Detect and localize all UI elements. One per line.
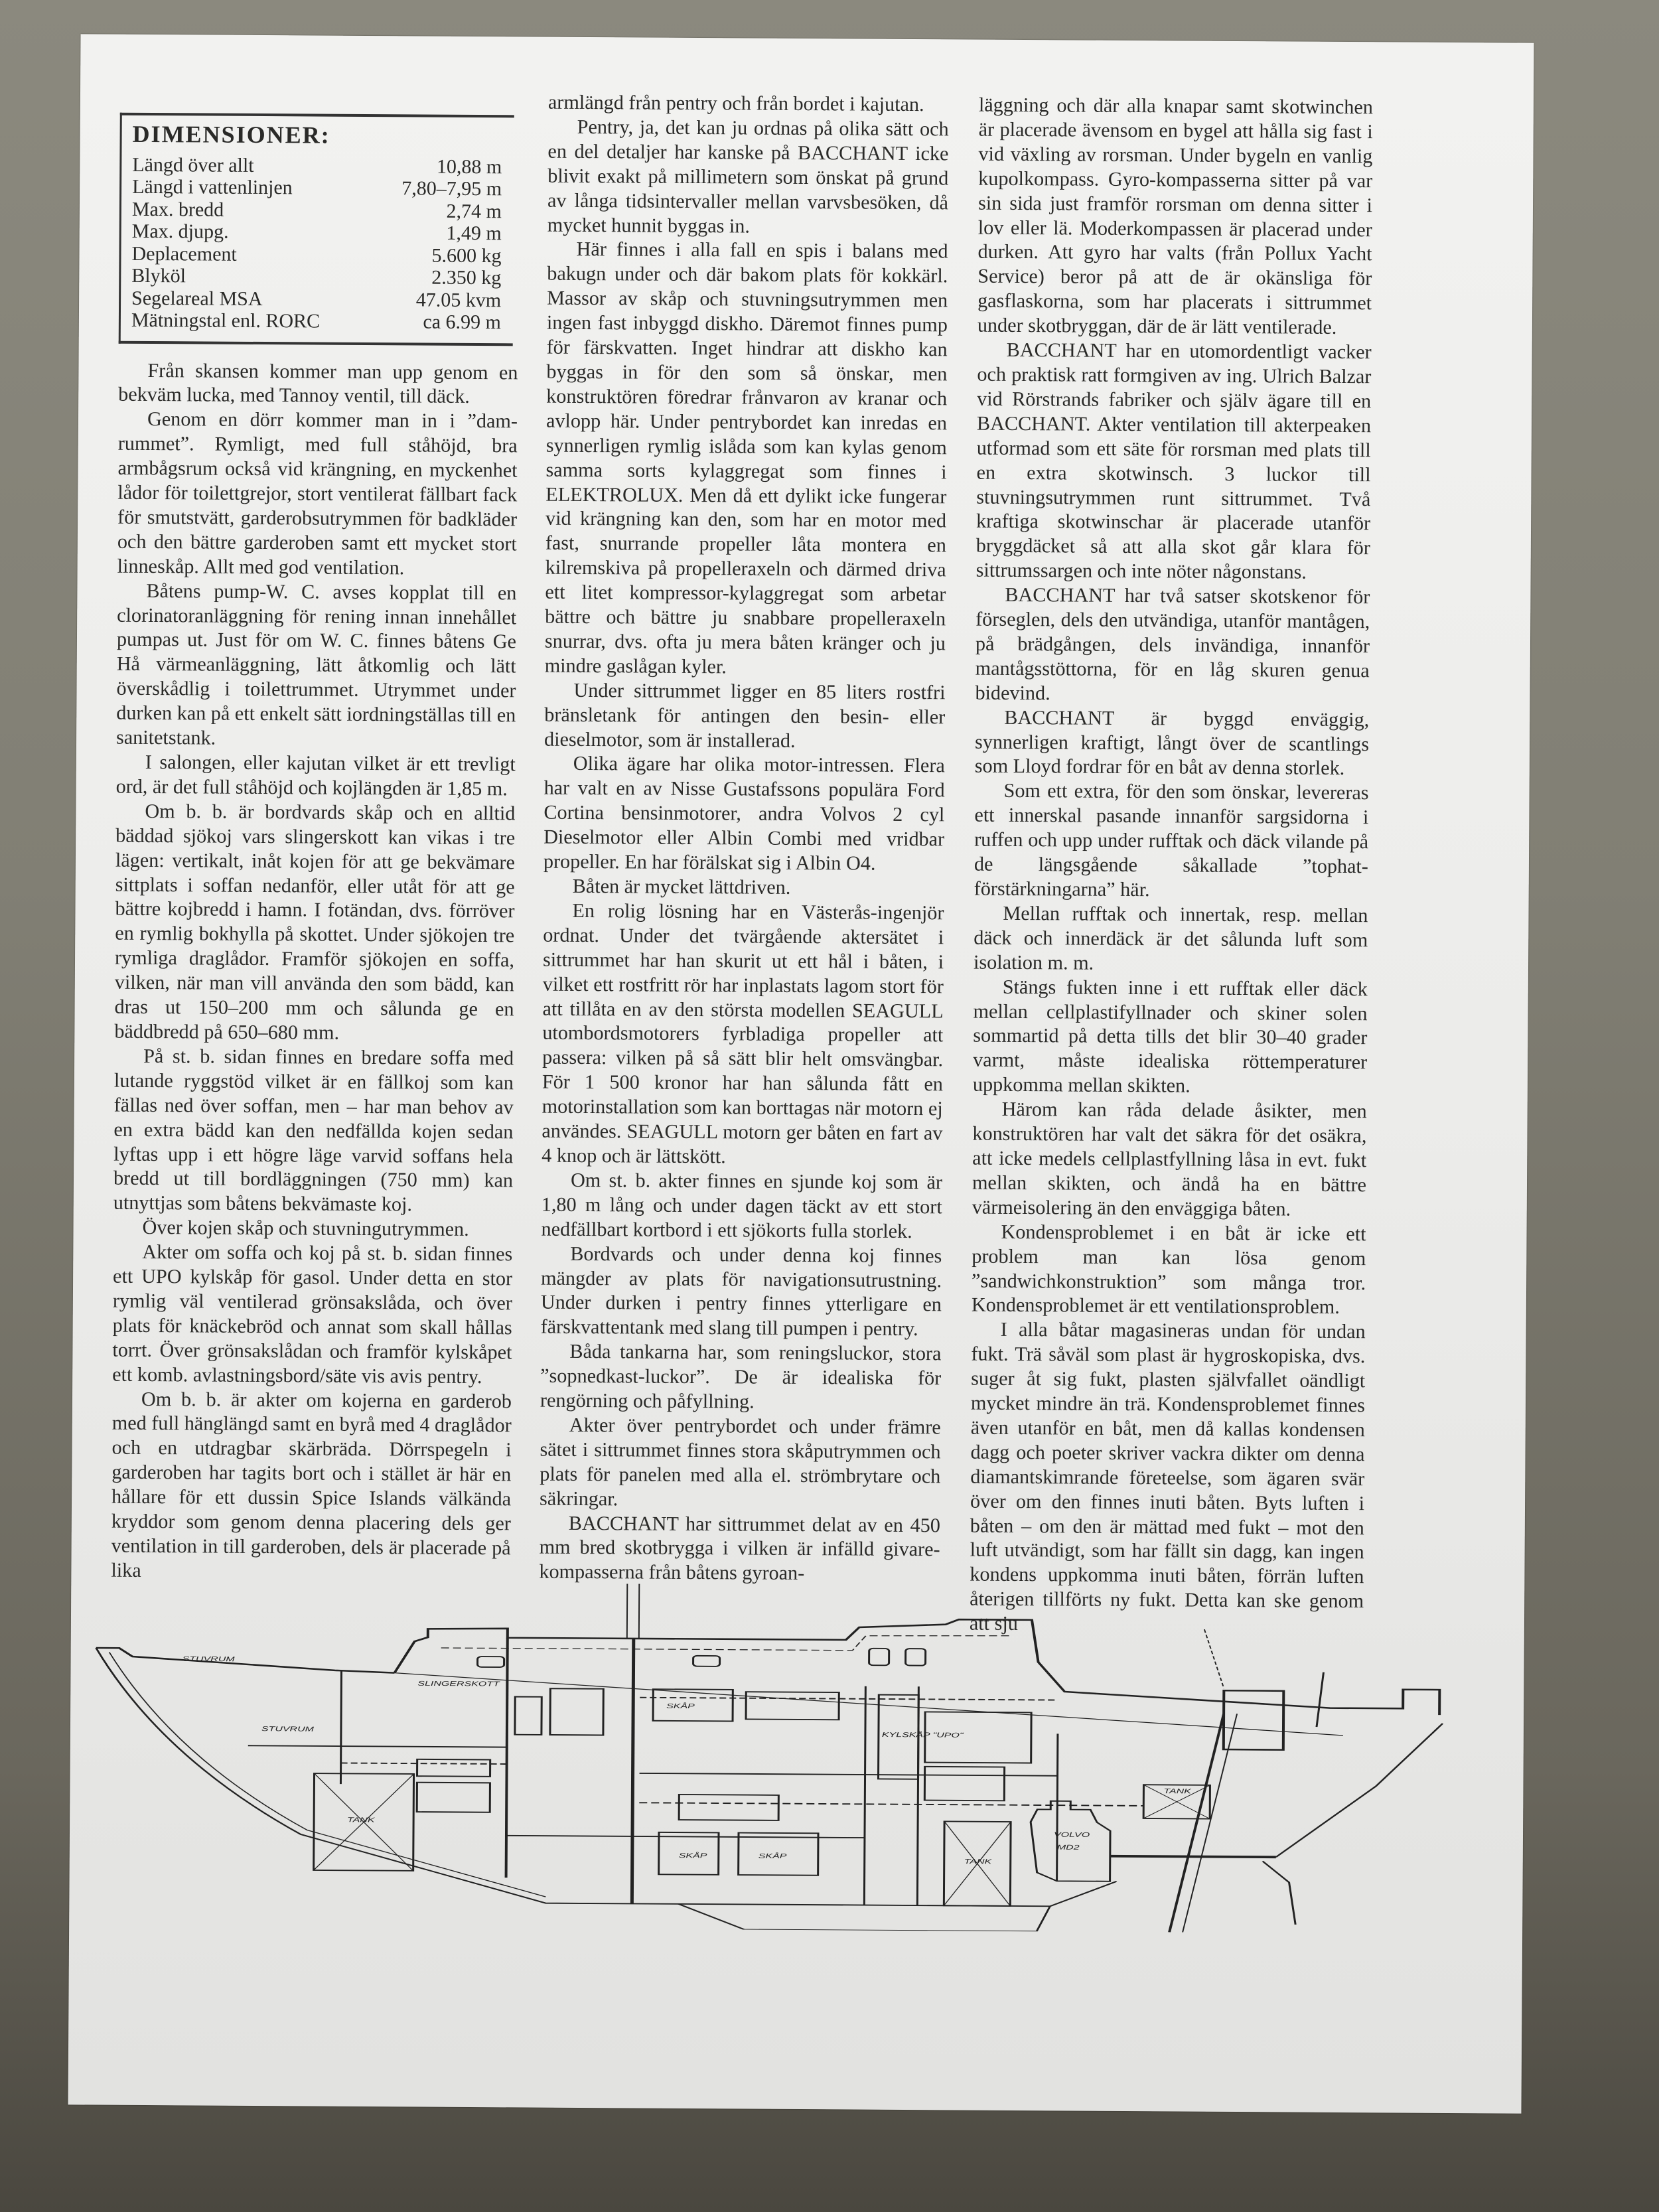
- paragraph: Stängs fukten inne i ett rufftak eller d…: [973, 974, 1368, 1099]
- text-column-middle: armlängd från pentry och från bordet i k…: [539, 90, 949, 1587]
- dimension-label: Max. bredd: [132, 198, 224, 220]
- paragraph: Akter om soffa och koj på st. b. sidan f…: [112, 1240, 512, 1389]
- text-column-left: DIMENSIONER: Längd över allt10,88 m Läng…: [111, 113, 520, 1585]
- dimension-label: Längd i vattenlinjen: [132, 176, 293, 199]
- dimension-row: Längd över allt10,88 m: [132, 153, 502, 178]
- paragraph: Båda tankarna har, som reningsluckor, st…: [540, 1339, 942, 1415]
- drawing-label: VOLVO: [1054, 1831, 1090, 1839]
- paragraph: Från skansen kommer man upp genom en bek…: [118, 358, 518, 409]
- paragraph: Mellan rufftak och innertak, resp. mella…: [974, 901, 1368, 976]
- dimension-value: ca 6.99 m: [423, 311, 501, 333]
- boat-section-drawing: STUVRUM STUVRUM TANK SKÅP SKÅP SKÅP SLIN…: [81, 1580, 1516, 1934]
- paragraph: läggning och där alla knapar samt skotwi…: [977, 93, 1373, 340]
- paragraph: En rolig lösning har en Västerås-ingenjö…: [541, 899, 944, 1171]
- dimension-row: Max. bredd2,74 m: [132, 198, 502, 222]
- paragraph: BACCHANT har två satser skotskenor för f…: [975, 583, 1370, 707]
- dimension-row: Max. djupg.1,49 m: [132, 220, 502, 245]
- drawing-label: MD2: [1057, 1844, 1080, 1852]
- drawing-label: TANK: [964, 1858, 993, 1866]
- dimension-label: Längd över allt: [132, 153, 253, 177]
- paragraph: Härom kan råda delade åsikter, men konst…: [972, 1097, 1367, 1222]
- dimension-value: 2.350 kg: [431, 267, 501, 289]
- paragraph: BACCHANT är byggd enväggig, synnerligen …: [975, 705, 1370, 780]
- paragraph: Här finnes i alla fall en spis i balans …: [545, 237, 948, 680]
- dimensions-box: DIMENSIONER: Längd över allt10,88 m Läng…: [119, 113, 514, 346]
- dimension-label: Mätningstal enl. RORC: [131, 309, 320, 332]
- dimension-row: Längd i vattenlinjen7,80–7,95 m: [132, 176, 502, 200]
- dimension-label: Max. djupg.: [132, 220, 229, 243]
- dimension-row: Segelareal MSA47.05 kvm: [131, 287, 501, 311]
- dimension-row: Mätningstal enl. RORCca 6.99 m: [131, 309, 501, 334]
- paragraph: Som ett extra, för den som önskar, lever…: [974, 778, 1369, 903]
- boat-hull-icon: STUVRUM STUVRUM TANK SKÅP SKÅP SKÅP SLIN…: [81, 1580, 1516, 1934]
- dimension-value: 47.05 kvm: [416, 289, 502, 311]
- dimension-value: 2,74 m: [446, 200, 502, 222]
- dimension-label: Segelareal MSA: [131, 287, 263, 310]
- drawing-label: TANK: [347, 1816, 376, 1824]
- dimension-value: 10,88 m: [437, 155, 502, 178]
- dimension-value: 5.600 kg: [431, 244, 501, 267]
- drawing-label: SKÅP: [758, 1852, 787, 1860]
- drawing-label: SKÅP: [666, 1702, 695, 1710]
- paragraph: Olika ägare har olika motor-intressen. F…: [543, 751, 945, 876]
- paragraph: armlängd från pentry och från bordet i k…: [548, 90, 949, 117]
- paragraph: Om st. b. akter finnes en sjunde koj som…: [541, 1167, 942, 1243]
- paragraph: Kondensproblemet i en båt är icke ett pr…: [972, 1219, 1366, 1319]
- paragraph: Pentry, ja, det kan ju ordnas på olika s…: [547, 115, 949, 240]
- dimension-row: Deplacement5.600 kg: [131, 242, 501, 267]
- drawing-label: KYLSKÅP "UPO": [882, 1731, 964, 1739]
- paragraph: Över kojen skåp och stuvningutrymmen.: [113, 1215, 512, 1242]
- paragraph: Akter över pentrybordet och under främre…: [540, 1413, 941, 1513]
- paragraph: I salongen, eller kajutan vilket är ett …: [116, 750, 516, 801]
- drawing-label: TANK: [1163, 1787, 1192, 1795]
- drawing-label: STUVRUM: [261, 1725, 315, 1733]
- magazine-page: DIMENSIONER: Längd över allt10,88 m Läng…: [68, 34, 1534, 2113]
- dimensions-title: DIMENSIONER:: [133, 123, 502, 148]
- dimension-label: Blyköl: [131, 265, 186, 287]
- drawing-label: STUVRUM: [182, 1655, 236, 1663]
- paragraph: Båten är mycket lättdriven.: [543, 874, 944, 901]
- paragraph: Bordvards och under denna koj finnes män…: [541, 1241, 942, 1341]
- paragraph: På st. b. sidan finnes en bredare soffa …: [113, 1044, 514, 1218]
- paragraph: Båtens pump-W. C. avses kopplat till en …: [116, 578, 517, 752]
- paragraph: Om b. b. är akter om kojerna en garderob…: [111, 1386, 512, 1585]
- drawing-label: SLINGERSKOTT: [417, 1680, 500, 1688]
- dimension-value: 7,80–7,95 m: [401, 177, 502, 200]
- dimension-label: Deplacement: [131, 242, 236, 265]
- text-column-right: läggning och där alla knapar samt skotwi…: [970, 93, 1373, 1639]
- dimension-row: Blyköl2.350 kg: [131, 265, 501, 289]
- paragraph: Under sittrummet ligger en 85 liters ros…: [544, 678, 946, 753]
- paragraph: Om b. b. är bordvards skåp och en alltid…: [114, 798, 515, 1046]
- paragraph: BACCHANT har en utomordentligt vacker oc…: [976, 338, 1372, 585]
- paragraph: BACCHANT har sittrummet delat av en 450 …: [539, 1511, 940, 1586]
- dimension-value: 1,49 m: [446, 222, 502, 245]
- drawing-label: SKÅP: [679, 1852, 707, 1860]
- paragraph: Genom en dörr kommer man in i ”dam-rumme…: [117, 407, 518, 581]
